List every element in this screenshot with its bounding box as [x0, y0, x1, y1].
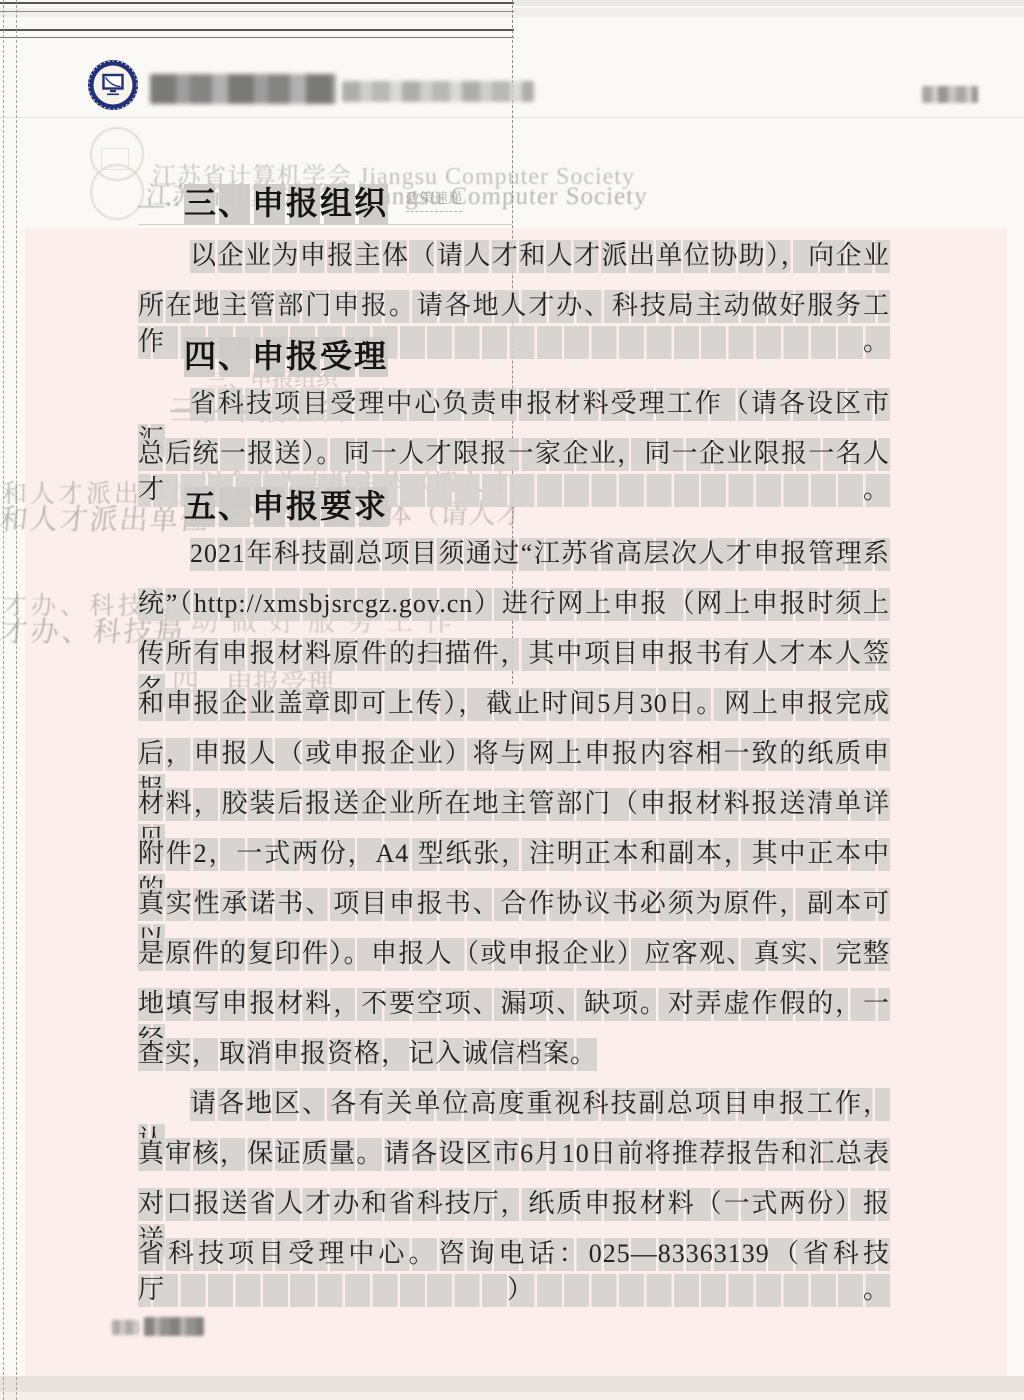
ghost-logo-screen [101, 148, 129, 170]
section-heading: 五、申报要求 [184, 486, 388, 526]
redacted-header-right [922, 86, 978, 103]
body-line: 查实，取消申报资格，记入诚信档案。 [138, 1036, 890, 1072]
scan-line [0, 29, 514, 31]
body-line: 和申报企业盖章即可上传），截止时间5月30日。网上申报完成 [138, 686, 890, 722]
bottom-scan-band [0, 1376, 1024, 1392]
body-line: 统”（http://xmsbjsrcgz.gov.cn）进行网上申报（网上申报时… [138, 586, 890, 622]
left-dashed-line [3, 0, 4, 1400]
scan-line [0, 37, 514, 38]
jiangsu-computer-society-logo-icon [87, 59, 139, 111]
ghost-logo-ring [90, 164, 144, 220]
redacted-society-name [150, 74, 336, 104]
body-line: 以企业为申报主体（请人才和人才派出单位协助），向企业 [138, 238, 890, 274]
section-heading: 四、申报受理 [184, 336, 388, 376]
body-line: 真审核，保证质量。请各设区市6月10日前将推荐报告和汇总表 [138, 1136, 890, 1172]
redacted-footer-page-label [112, 1320, 139, 1335]
bottom-edge [0, 1392, 1024, 1400]
ghost-text: —·· [138, 190, 181, 220]
redacted-society-name-english [342, 81, 534, 102]
scan-stripe [514, 0, 1024, 6]
redacted-footer-page-label [144, 1317, 204, 1336]
scan-line-faint [138, 224, 512, 225]
body-line: 省科技项目受理中心。咨询电话：025—83363139（省科技厅）。 [138, 1236, 890, 1308]
body-line: 2021年科技副总项目须通过“江苏省高层次人才申报管理系 [138, 536, 890, 572]
scan-line [0, 11, 514, 12]
left-dashed-line [16, 0, 17, 1400]
ghost-text: 政策速递 [406, 188, 462, 212]
body-line: 是原件的复印件）。申报人（或申报企业）应客观、真实、完整 [138, 936, 890, 972]
section-heading: 三、申报组织 [184, 183, 388, 223]
scanned-document: 江苏省计算机学会 Jiangsu Computer Society江苏省计算机学… [0, 0, 1024, 1400]
scan-line [0, 2, 514, 4]
